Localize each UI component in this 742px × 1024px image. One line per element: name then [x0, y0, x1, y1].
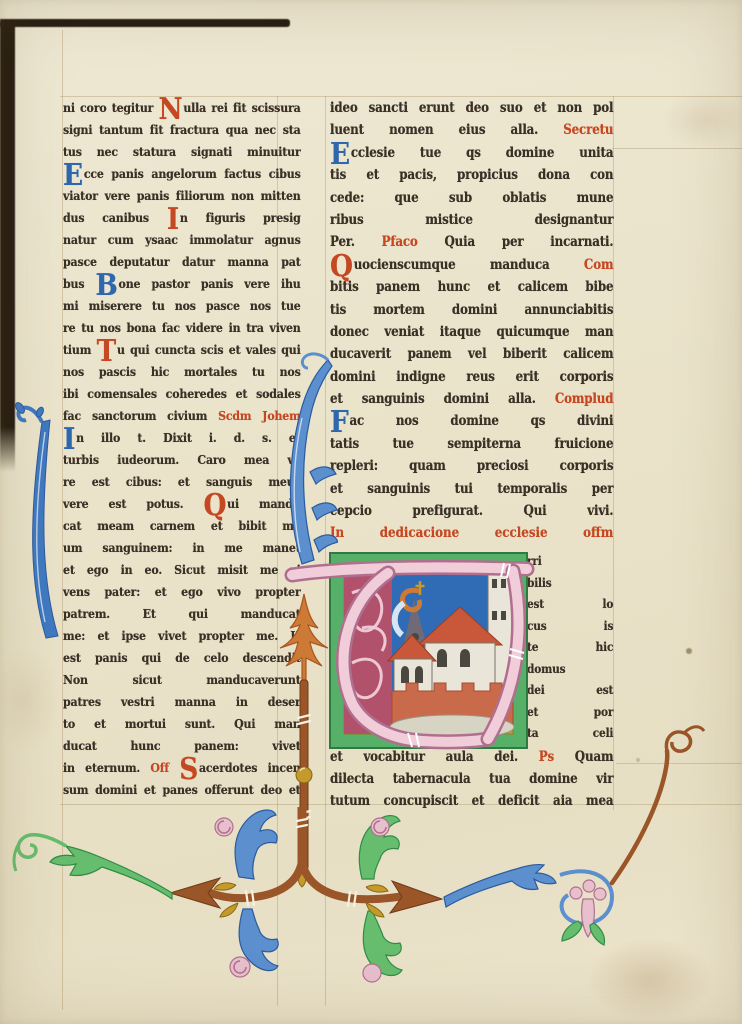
body-text: Non sicut manducaverunt	[63, 672, 301, 687]
rubric-text: Complud	[555, 391, 613, 407]
body-text: re est cibus: et sanguis meus	[63, 474, 301, 489]
body-text: et por	[527, 705, 613, 719]
body-text: turbis iudeorum. Caro mea ve	[63, 452, 301, 467]
text-line: donec veniat itaque quicumque man	[330, 321, 613, 343]
body-text: uocienscumque manduca	[354, 257, 584, 273]
text-line: Quocienscumque manduca Com	[330, 254, 613, 276]
body-text: cat meam carnem et bibit me	[63, 518, 301, 533]
body-text: et ego in eo. Sicut misit me vi	[63, 562, 301, 577]
body-text: bus	[63, 276, 96, 291]
text-line: cat meam carnem et bibit me	[63, 515, 301, 537]
body-text: cclesie tue qs domine unita	[351, 145, 614, 161]
body-text: vere est potus.	[63, 496, 203, 511]
rubric-text: In dedicacione ecclesie offm	[330, 525, 613, 541]
rubric-heading: In dedicacione ecclesie offm	[330, 522, 613, 544]
body-text: donec veniat itaque quicumque man	[330, 324, 613, 340]
ruling-line	[325, 96, 326, 1006]
text-line: repleri: quam preciosi corporis	[330, 455, 613, 477]
text-line: In illo t. Dixit i. d. s. et	[63, 427, 301, 449]
text-line: dus canibus In figuris presig	[63, 207, 301, 229]
body-text: re tu nos bona fac videre in tra viven	[63, 320, 301, 335]
text-line: bilis	[527, 573, 613, 595]
text-line: um sanguinem: in me manet	[63, 537, 301, 559]
text-line: in eternum. Off Sacerdotes incen	[63, 757, 301, 779]
text-line: et ego in eo. Sicut misit me vi	[63, 559, 301, 581]
versal-initial: Q	[203, 488, 227, 523]
body-text: um sanguinem: in me manet	[63, 540, 301, 555]
text-line: domini indigne reus erit corporis	[330, 366, 613, 388]
text-line: tis et pacis, propicius dona con	[330, 164, 613, 186]
text-line: et vocabitur aula dei. Ps Quam	[330, 746, 613, 768]
rubric-text: Secretu	[563, 122, 613, 138]
text-line: tium Tu qui cuncta scis et vales qui	[63, 339, 301, 361]
illuminated-initial	[292, 543, 542, 758]
body-text: tutum concupiscit et deficit aia mea	[330, 793, 613, 809]
body-text: tis et pacis, propicius dona con	[330, 167, 613, 183]
right-text-column-lower: et vocabitur aula dei. Ps Quamdilecta ta…	[330, 746, 613, 812]
text-line: fac sanctorum civium Scdm Johem	[63, 405, 301, 427]
body-text: cede: que sub oblatis mune	[330, 190, 613, 206]
text-line: Ecce panis angelorum factus cibus	[63, 163, 301, 185]
manuscript-page: ni coro tegitur Nulla rei fit scissurasi…	[0, 0, 742, 1024]
body-text: ulla rei fit scissura	[183, 100, 300, 115]
rubric-text: Scdm Johem	[218, 408, 300, 423]
body-text: pasce deputatur datur manna pat	[63, 254, 301, 269]
body-text: bitis panem hunc et calicem bibe	[330, 279, 613, 295]
text-line: re est cibus: et sanguis meus	[63, 471, 301, 493]
versal-initial: I	[63, 422, 76, 457]
body-text: tis mortem domini annunciabitis	[330, 302, 613, 318]
versal-initial: E	[330, 137, 351, 172]
text-line: tus nec statura signati minuitur	[63, 141, 301, 163]
body-text: et sanguinis domini alla.	[330, 391, 555, 407]
text-line: ducaverit panem vel biberit calicem	[330, 343, 613, 365]
text-line: cepcio prefigurat. Qui vivi.	[330, 500, 613, 522]
body-text: n illo t. Dixit i. d. s. et	[76, 430, 301, 445]
rubric-text: Ps	[539, 749, 575, 765]
text-line: bitis panem hunc et calicem bibe	[330, 276, 613, 298]
right-text-column-beside-initial: rribilisest locus iste hicdomusdei estet…	[527, 551, 613, 745]
body-text: Quam	[575, 749, 614, 765]
text-line: et sanguinis tui temporalis per	[330, 478, 613, 500]
text-line: ibi comensales coheredes et sodales	[63, 383, 301, 405]
body-text: et vocabitur aula dei.	[330, 749, 539, 765]
body-text: ta celi	[527, 726, 613, 740]
text-line: Fac nos domine qs divini	[330, 410, 613, 432]
text-line: dei est	[527, 680, 613, 702]
body-text: ibi comensales coheredes et sodales	[63, 386, 301, 401]
body-text: fac sanctorum civium	[63, 408, 218, 423]
versal-initial: I	[167, 202, 180, 237]
body-text: tium	[63, 342, 97, 357]
body-text: ribus mistice designantur	[330, 212, 613, 228]
body-text: cus is	[527, 619, 613, 633]
body-text: cce panis angelorum factus cibus	[84, 166, 301, 181]
body-text: ui mandu	[227, 496, 300, 511]
text-line: Non sicut manducaverunt	[63, 669, 301, 691]
body-text: te hic	[527, 640, 613, 654]
right-text-column-upper: ideo sancti erunt deo suo et non polluen…	[330, 97, 613, 545]
body-text: in eternum.	[63, 760, 150, 775]
text-line: est lo	[527, 594, 613, 616]
text-line: te hic	[527, 637, 613, 659]
body-text: luent nomen eius alla.	[330, 122, 563, 138]
text-line: tis mortem domini annunciabitis	[330, 299, 613, 321]
versal-initial: S	[179, 752, 199, 787]
text-line: ta celi	[527, 723, 613, 745]
versal-initial: N	[158, 92, 183, 127]
text-line: viator vere panis filiorum non mitten	[63, 185, 301, 207]
text-line: ni coro tegitur Nulla rei fit scissura	[63, 97, 301, 119]
versal-initial: B	[96, 268, 119, 303]
body-text: n figuris presig	[180, 210, 301, 225]
text-line: patres vestri manna in deser	[63, 691, 301, 713]
body-text: cepcio prefigurat. Qui vivi.	[330, 503, 613, 519]
body-text: repleri: quam preciosi corporis	[330, 458, 613, 474]
versal-initial: E	[63, 158, 84, 193]
body-text: natur cum ysaac immolatur agnus	[63, 232, 301, 247]
text-line: domus	[527, 659, 613, 681]
text-line: to et mortui sunt. Qui man	[63, 713, 301, 735]
text-line: Ecclesie tue qs domine unita	[330, 142, 613, 164]
text-line: turbis iudeorum. Caro mea ve	[63, 449, 301, 471]
text-line: bus Bone pastor panis vere ihu	[63, 273, 301, 295]
body-text: Per.	[330, 234, 382, 250]
body-text: Quia per incarnati.	[445, 234, 614, 250]
body-text: rri	[527, 554, 542, 568]
text-line: vere est potus. Qui mandu	[63, 493, 301, 515]
body-text: domini indigne reus erit corporis	[330, 369, 613, 385]
body-text: acerdotes incen	[199, 760, 301, 775]
text-line: et por	[527, 702, 613, 724]
text-line: patrem. Et qui manducat	[63, 603, 301, 625]
body-text: viator vere panis filiorum non mitten	[63, 188, 301, 203]
body-text: u qui cuncta scis et vales qui	[117, 342, 301, 357]
body-text: domus	[527, 662, 565, 676]
text-line: ribus mistice designantur	[330, 209, 613, 231]
text-line: cus is	[527, 616, 613, 638]
text-line: me: et ipse vivet propter me. H	[63, 625, 301, 647]
text-line: dilecta tabernacula tua domine vir	[330, 768, 613, 790]
text-line: natur cum ysaac immolatur agnus	[63, 229, 301, 251]
text-line: tutum concupiscit et deficit aia mea	[330, 790, 613, 812]
body-text: dilecta tabernacula tua domine vir	[330, 771, 613, 787]
text-line: et sanguinis domini alla. Complud	[330, 388, 613, 410]
page-edge-shadow-left	[0, 22, 15, 472]
rubric-text: Pfaco	[382, 234, 445, 250]
body-text: ni coro tegitur	[63, 100, 158, 115]
body-text: ac nos domine qs divini	[349, 413, 613, 429]
versal-initial: T	[97, 334, 117, 369]
body-text: tus nec statura signati minuitur	[63, 144, 301, 159]
text-line: ideo sancti erunt deo suo et non pol	[330, 97, 613, 119]
text-line: tatis tue sempiterna fruicione	[330, 433, 613, 455]
body-text: to et mortui sunt. Qui man	[63, 716, 301, 731]
body-text: patres vestri manna in deser	[63, 694, 301, 709]
parchment-stain	[636, 758, 640, 762]
body-text: dei est	[527, 683, 613, 697]
ruling-line	[612, 148, 742, 149]
page-edge-shadow-top	[0, 19, 290, 27]
text-line: cede: que sub oblatis mune	[330, 187, 613, 209]
text-line: est panis qui de celo descendit	[63, 647, 301, 669]
body-text: tatis tue sempiterna fruicione	[330, 436, 613, 452]
text-line: luent nomen eius alla. Secretu	[330, 119, 613, 141]
body-text: bilis	[527, 576, 551, 590]
initial-letter-ribbon	[292, 563, 527, 747]
body-text: vens pater: et ego vivo propter	[63, 584, 301, 599]
text-line: Per. Pfaco Quia per incarnati.	[330, 231, 613, 253]
body-text: ducaverit panem vel biberit calicem	[330, 346, 613, 362]
body-text: me: et ipse vivet propter me. H	[63, 628, 301, 643]
parchment-stain	[686, 648, 692, 654]
body-text: patrem. Et qui manducat	[63, 606, 301, 621]
body-text: est panis qui de celo descendit	[63, 650, 301, 665]
body-text: dus canibus	[63, 210, 167, 225]
rubric-text: Com	[584, 257, 613, 273]
body-text: et sanguinis tui temporalis per	[330, 481, 613, 497]
body-text: est lo	[527, 597, 613, 611]
versal-initial: Q	[330, 249, 354, 284]
body-text: one pastor panis vere ihu	[119, 276, 301, 291]
left-text-column: ni coro tegitur Nulla rei fit scissurasi…	[63, 97, 301, 801]
church-scene	[388, 567, 514, 739]
ruling-line	[616, 763, 742, 764]
text-line: rri	[527, 551, 613, 573]
body-text: ducat hunc panem: vivet	[63, 738, 301, 753]
versal-initial: F	[330, 405, 349, 440]
body-text: ideo sancti erunt deo suo et non pol	[330, 100, 613, 116]
text-line: vens pater: et ego vivo propter	[63, 581, 301, 603]
rubric-text: Off	[150, 760, 179, 775]
